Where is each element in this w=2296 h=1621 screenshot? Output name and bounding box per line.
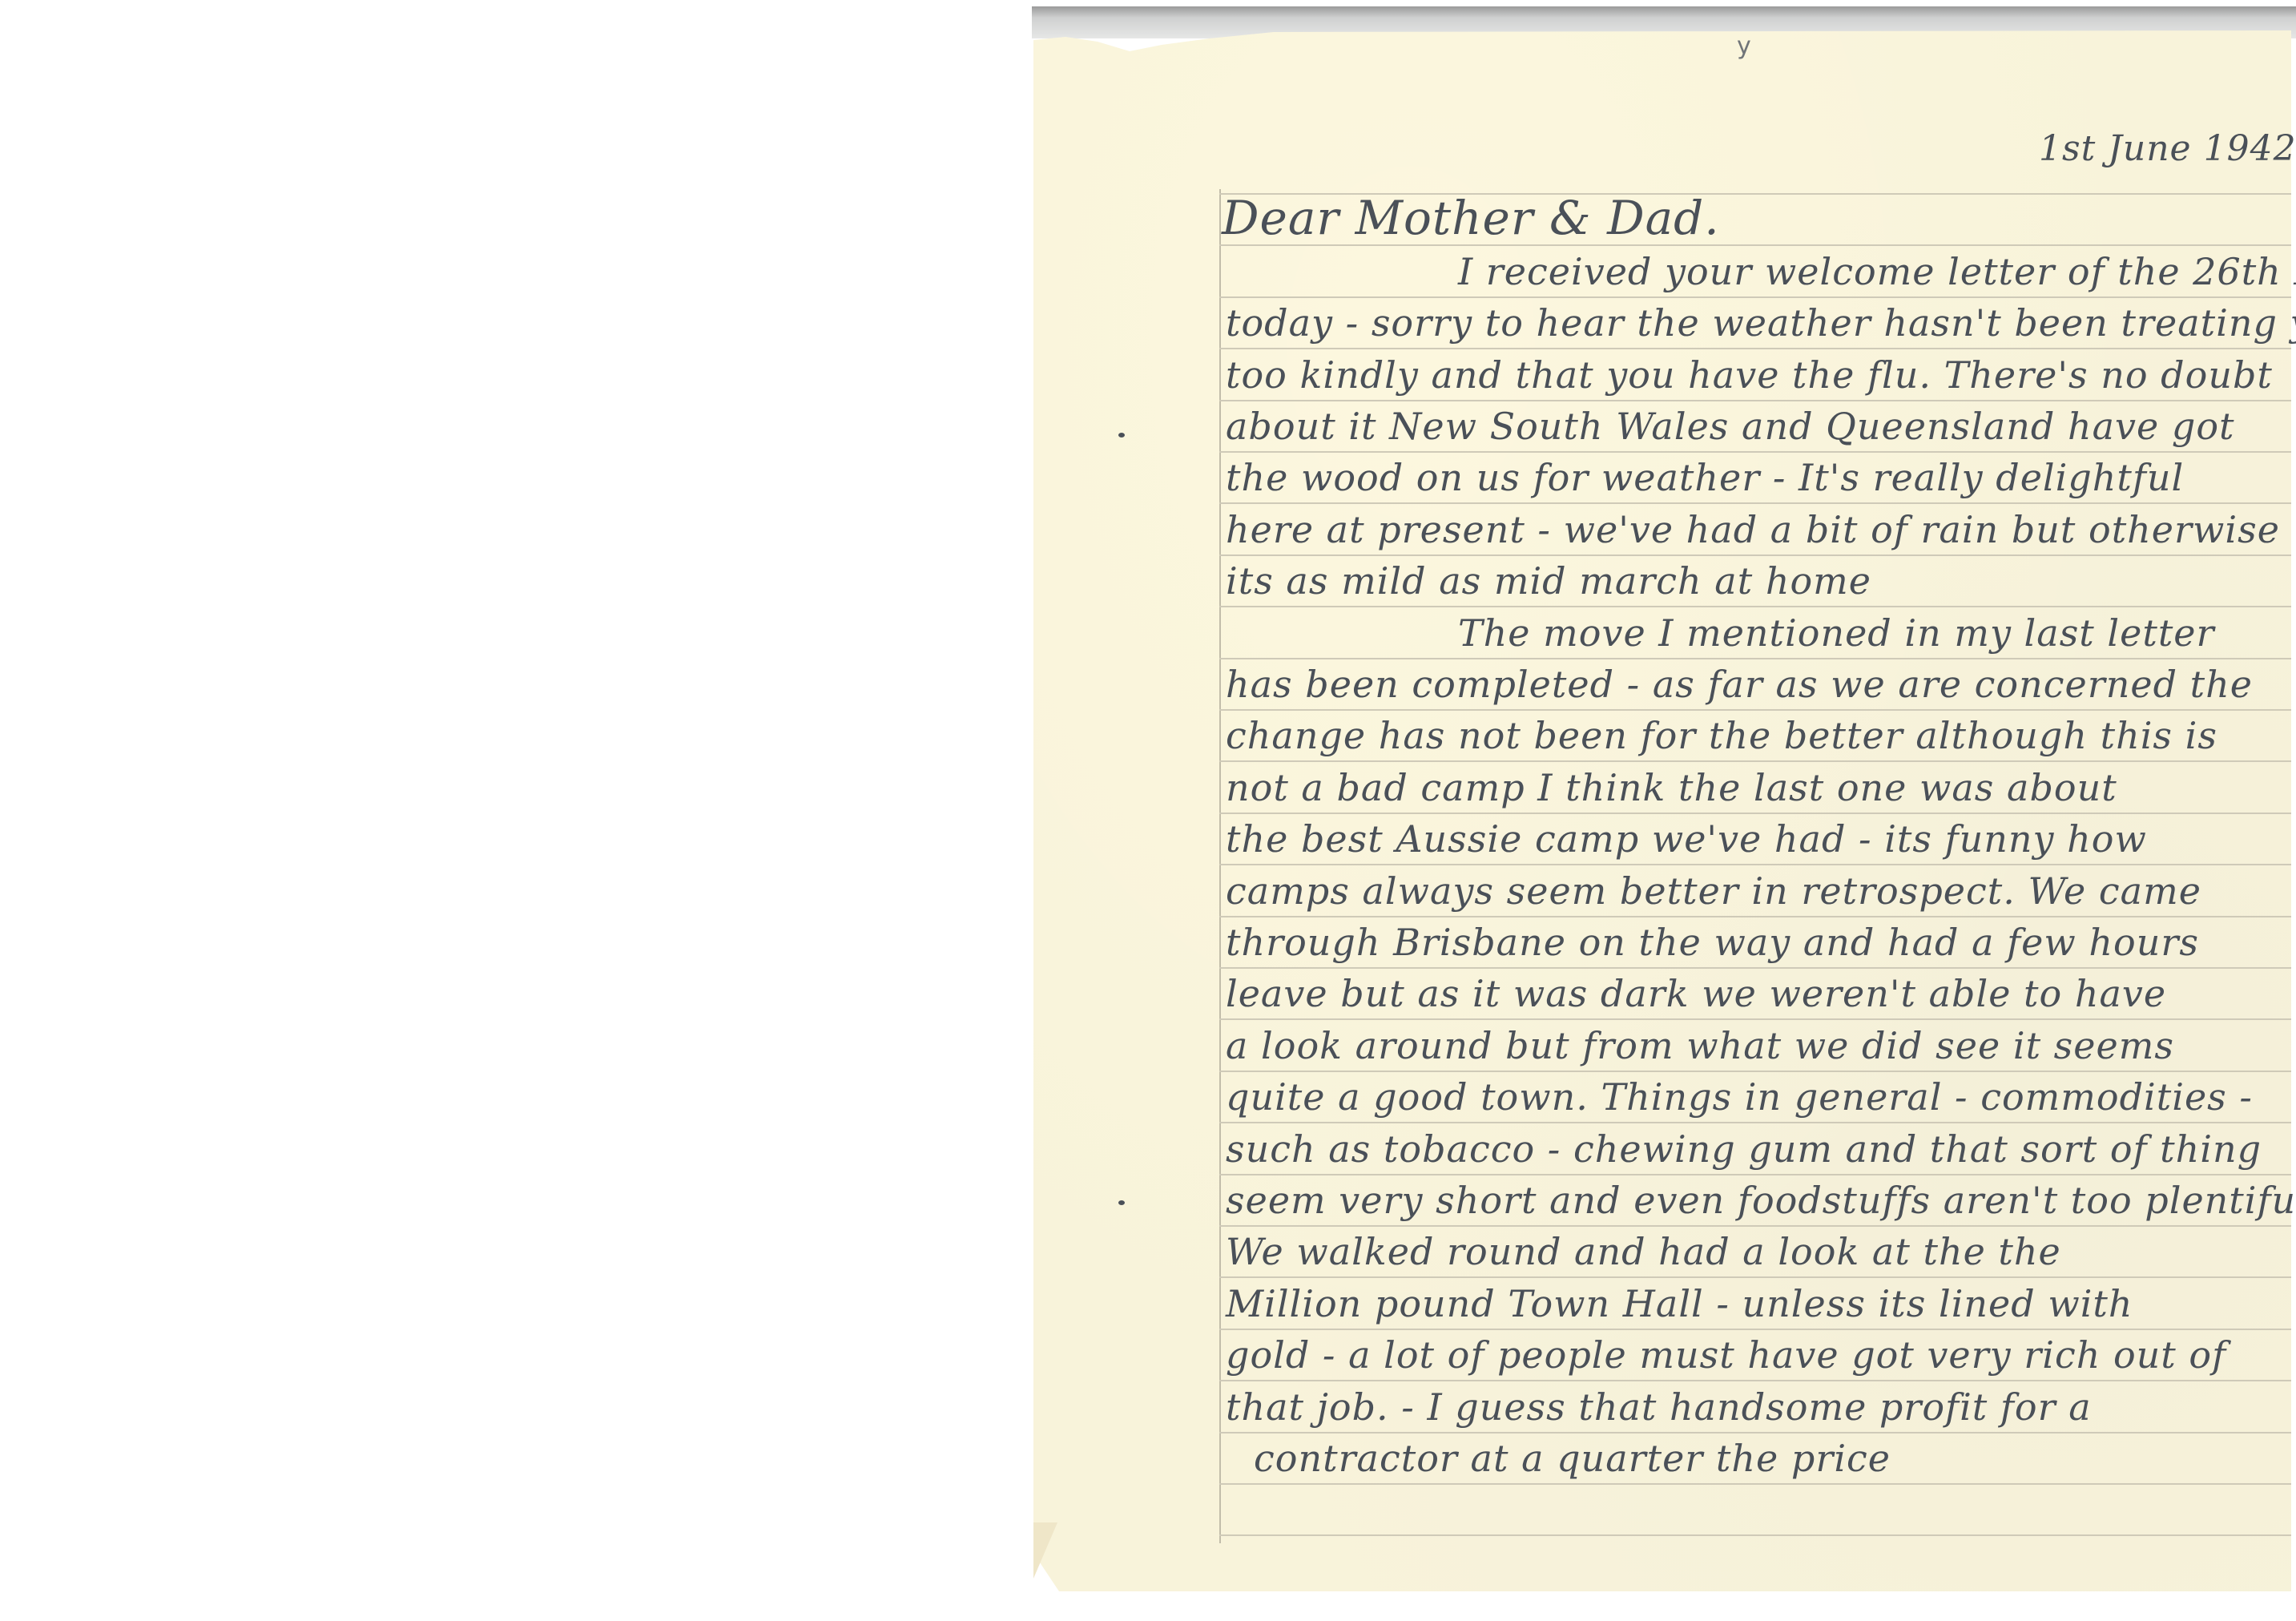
letter-line: Million pound Town Hall - unless its lin… xyxy=(1226,1282,2275,1325)
top-pencil-mark: y xyxy=(1737,32,1751,60)
letter-line: The move I mentioned in my last letter xyxy=(1226,611,2275,655)
ruled-line xyxy=(1219,400,2291,401)
ruled-line xyxy=(1219,658,2291,659)
letter-line: quite a good town. Things in general - c… xyxy=(1226,1075,2275,1119)
ruled-line xyxy=(1219,296,2291,298)
ruled-line xyxy=(1219,864,2291,865)
letter-line: such as tobacco - chewing gum and that s… xyxy=(1226,1127,2275,1171)
ruled-line xyxy=(1219,606,2291,607)
margin-line xyxy=(1219,189,1221,1543)
ruled-line xyxy=(1219,1225,2291,1227)
letter-line: not a bad camp I think the last one was … xyxy=(1226,766,2275,809)
ruled-line xyxy=(1219,1534,2291,1536)
ruled-line xyxy=(1219,1071,2291,1072)
ruled-line xyxy=(1219,451,2291,453)
ruled-line xyxy=(1219,813,2291,814)
letter-line: the wood on us for weather - It's really… xyxy=(1226,456,2275,499)
letter-line: camps always seem better in retrospect. … xyxy=(1226,869,2275,913)
letter-line: its as mild as mid march at home xyxy=(1226,559,2275,603)
ruled-line xyxy=(1219,1174,2291,1175)
ruled-line xyxy=(1219,1018,2291,1020)
ruled-line xyxy=(1219,1380,2291,1381)
letter-date: 1st June 1942 xyxy=(2039,128,2296,169)
salutation: Dear Mother & Dad. xyxy=(1222,191,1720,245)
letter-line: a look around but from what we did see i… xyxy=(1226,1024,2275,1067)
letter-line: through Brisbane on the way and had a fe… xyxy=(1226,921,2275,964)
letter-line: leave but as it was dark we weren't able… xyxy=(1226,972,2275,1015)
letter-line: seem very short and even foodstuffs aren… xyxy=(1226,1179,2275,1222)
ink-dot xyxy=(1118,433,1125,438)
letter-line: I received your welcome letter of the 26… xyxy=(1226,250,2275,293)
letter-line: too kindly and that you have the flu. Th… xyxy=(1226,353,2275,397)
letter-line: the best Aussie camp we've had - its fun… xyxy=(1226,817,2275,861)
letter-line: We walked round and had a look at the th… xyxy=(1226,1230,2275,1273)
ruled-line xyxy=(1219,709,2291,711)
ruled-line xyxy=(1219,760,2291,762)
ruled-line xyxy=(1219,1122,2291,1123)
ruled-line xyxy=(1219,1432,2291,1433)
ruled-line xyxy=(1219,1329,2291,1330)
ruled-line xyxy=(1219,916,2291,917)
ruled-line xyxy=(1219,502,2291,504)
ruled-line xyxy=(1219,348,2291,349)
letter-line: has been completed - as far as we are co… xyxy=(1226,663,2275,706)
folded-corner xyxy=(1033,1522,1057,1579)
ruled-line xyxy=(1219,1276,2291,1278)
letter-line: here at present - we've had a bit of rai… xyxy=(1226,508,2275,551)
letter-line: about it New South Wales and Queensland … xyxy=(1226,405,2275,448)
letter-line: that job. - I guess that handsome profit… xyxy=(1226,1385,2275,1429)
letter-line: today - sorry to hear the weather hasn't… xyxy=(1226,301,2275,345)
letter-line: contractor at a quarter the price xyxy=(1226,1437,2275,1480)
ruled-line xyxy=(1219,1483,2291,1485)
ink-dot xyxy=(1118,1200,1125,1205)
ruled-line xyxy=(1219,967,2291,969)
letter-line: change has not been for the better altho… xyxy=(1226,714,2275,757)
letter-line: gold - a lot of people must have got ver… xyxy=(1226,1333,2275,1377)
ruled-line xyxy=(1219,554,2291,556)
